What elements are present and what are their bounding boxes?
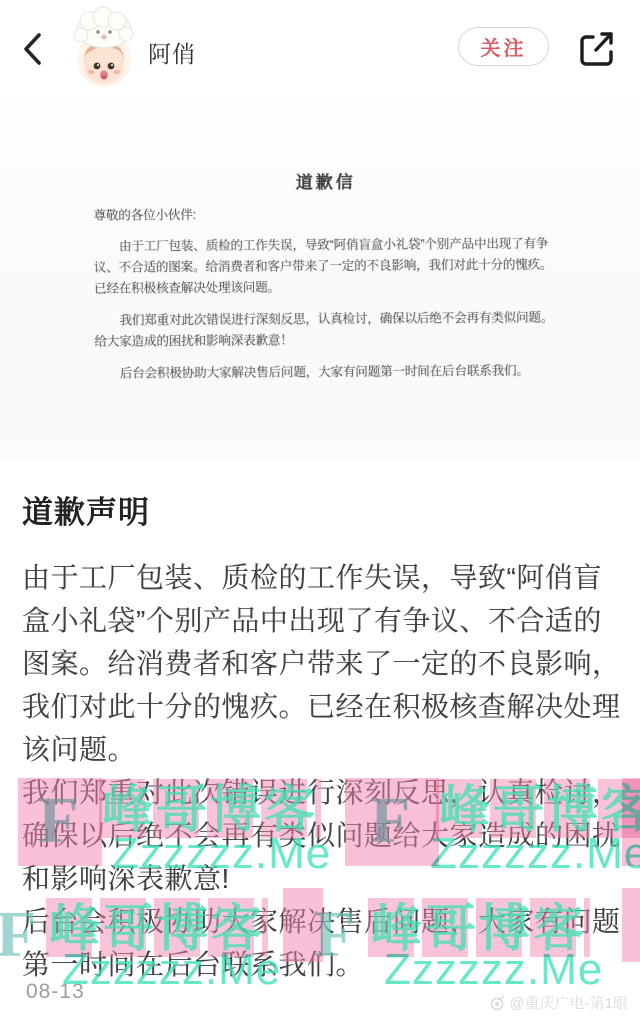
letter-content: 道歉信 尊敬的各位小伙伴: 由于工厂包装、质检的工作失误，导致“阿俏盲盒小礼袋”… [93,170,560,395]
letter-title: 道歉信 [93,170,558,194]
username: 阿俏 [148,36,196,69]
letter-paragraph: 由于工厂包装、质检的工作失误，导致“阿俏盲盒小礼袋”个别产品中出现了有争议、不合… [94,233,559,299]
post-paragraph: 我们郑重对此次错误进行深刻反思，认真检讨，确保以后绝不会再有类似问题给大家造成的… [22,771,622,900]
post-detail-screen: 阿俏 关注 道歉信 尊敬的各位小伙伴: 由于工厂包装、质检的工作失误，导致“阿俏… [0,0,640,1018]
post-paragraph: 后台会积极协助大家解决售后问题，大家有问题第一时间在后台联系我们。 [22,900,622,986]
post-body: 道歉声明 由于工厂包装、质检的工作失误，导致“阿俏盲盒小礼袋”个别产品中出现了有… [22,487,622,986]
letter-paragraph: 后台会积极协助大家解决售后问题，大家有问题第一时间在后台联系我们。 [95,360,560,384]
letter-image[interactable]: 道歉信 尊敬的各位小伙伴: 由于工厂包装、质检的工作失误，导致“阿俏盲盒小礼袋”… [0,100,640,458]
post-date: 08-13 [26,980,85,1004]
watermark-pink-block [622,778,640,866]
avatar[interactable] [72,6,136,94]
letter-salutation: 尊敬的各位小伙伴: [93,202,558,226]
header-bar: 阿俏 关注 [0,0,640,100]
back-icon[interactable] [22,32,44,66]
share-icon[interactable] [577,29,617,69]
follow-button[interactable]: 关注 [458,27,549,66]
weibo-icon [489,995,505,1011]
watermark-pink-block [622,888,640,962]
post-heading: 道歉声明 [22,487,622,532]
source-handle-text: @重庆广电-第1眼 [509,992,628,1013]
source-watermark: @重庆广电-第1眼 [489,992,628,1013]
post-paragraph: 由于工厂包装、质检的工作失误，导致“阿俏盲盒小礼袋”个别产品中出现了有争议、不合… [22,556,622,771]
letter-paragraph: 我们郑重对此次错误进行深刻反思，认真检讨，确保以后绝不会再有类似问题。给大家造成… [94,307,559,352]
